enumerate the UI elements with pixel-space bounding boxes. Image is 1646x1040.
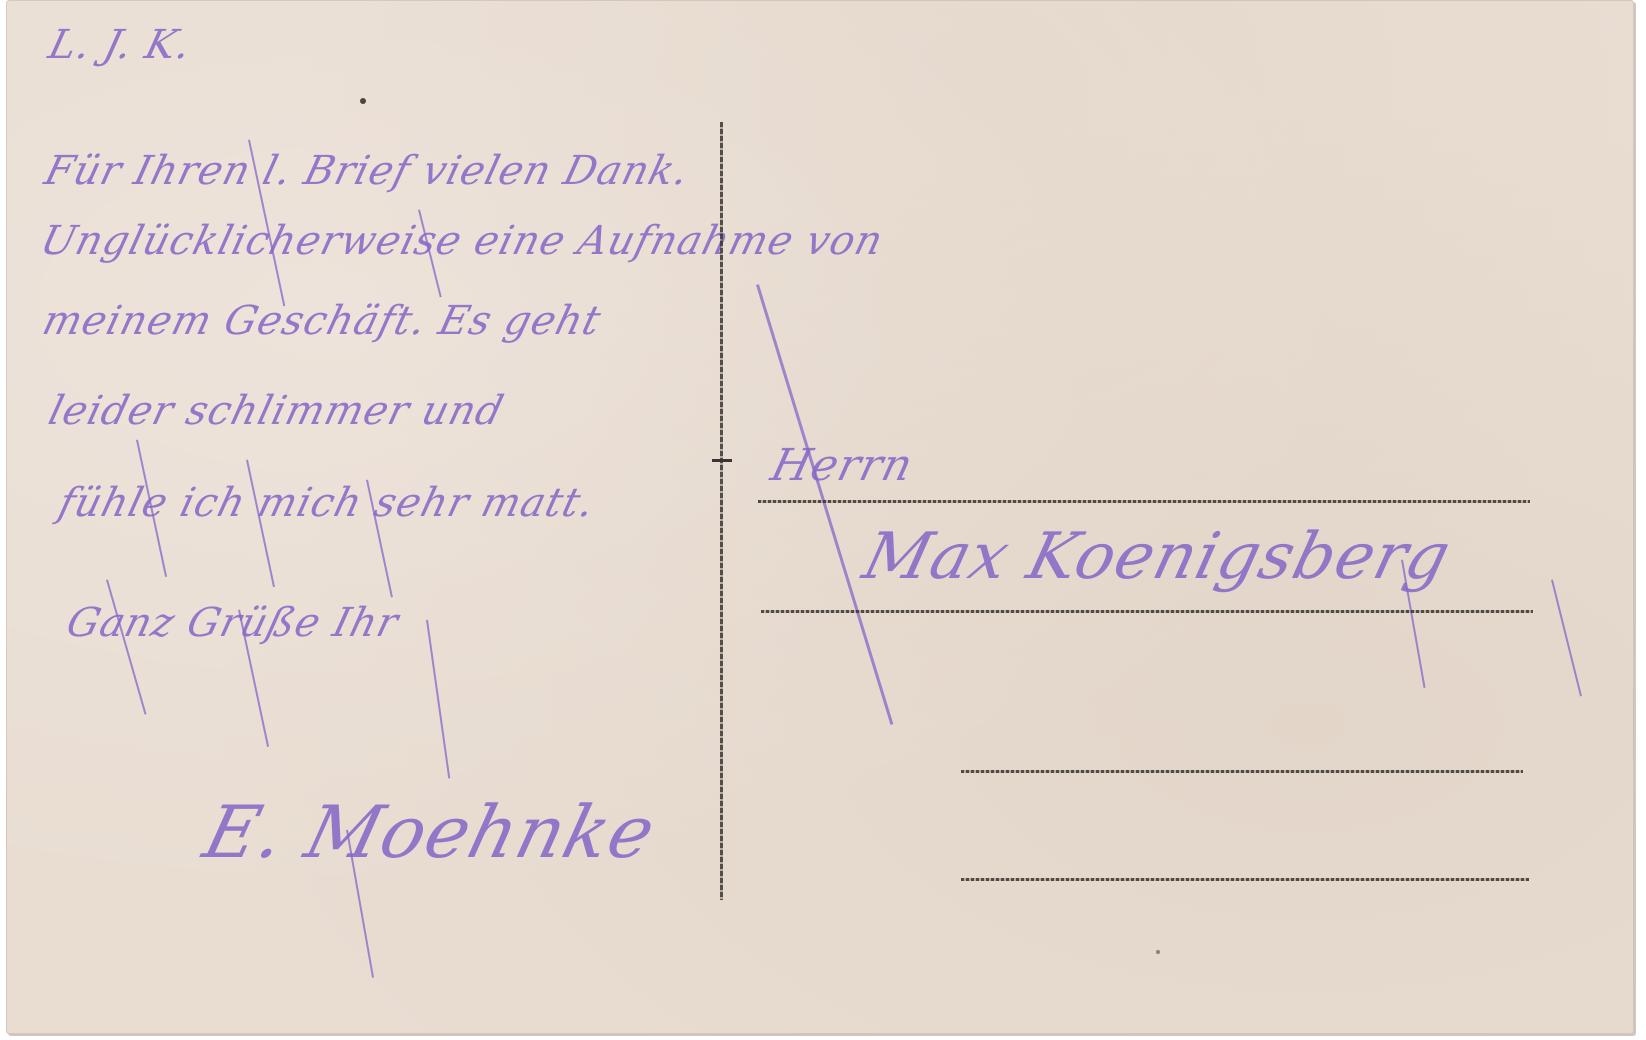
address-line-1 (758, 500, 1530, 503)
recipient-name: Max Koenigsberg (856, 520, 1458, 594)
paper-blemish (1156, 950, 1160, 954)
address-line-4 (961, 878, 1529, 881)
center-divider-line (720, 122, 723, 900)
message-line: leider schlimmer und (44, 388, 509, 434)
postcard: L. J. K. Für Ihren l. Brief vielen Dank.… (6, 0, 1634, 1034)
message-line: fühle ich mich sehr matt. (54, 480, 600, 526)
address-line-3 (961, 770, 1523, 773)
message-signature: E. Moehnke (196, 790, 664, 874)
divider-tick-mark (712, 459, 732, 462)
descender-stroke (426, 620, 450, 779)
paper-blemish (360, 98, 366, 104)
message-greeting: L. J. K. (44, 22, 196, 68)
message-line: meinem Geschäft. Es geht (38, 298, 606, 344)
address-line-2 (761, 610, 1533, 613)
recipient-flourish-stroke (756, 284, 893, 725)
recipient-title: Herrn (766, 440, 919, 491)
descender-stroke (1551, 580, 1582, 697)
message-line: Für Ihren l. Brief vielen Dank. (40, 148, 694, 194)
message-line: Unglücklicherweise eine Aufnahme von (36, 218, 888, 264)
